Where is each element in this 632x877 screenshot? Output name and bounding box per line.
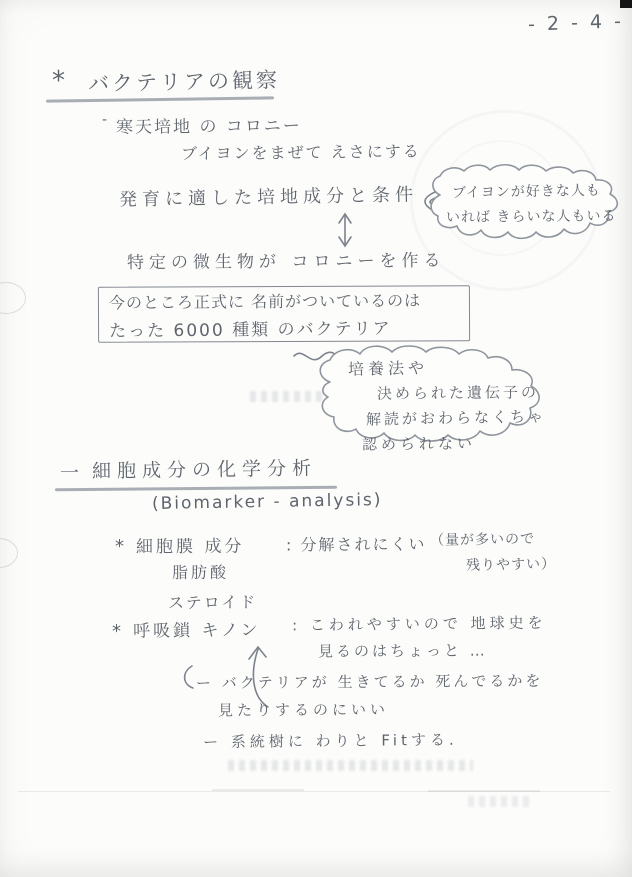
- membrane-label: 細胞膜 成分: [136, 532, 245, 558]
- section-underline: [55, 486, 337, 491]
- scanned-note-page: - 2 - 4 - * バクテリアの観察 - 寒天培地 の コロニー ブイヨンを…: [0, 0, 632, 877]
- quinone-use-line3: ー 系統樹に わりと Fitする.: [203, 729, 458, 753]
- cloud-taste-line1: ブイヨンが好きな人も: [452, 180, 601, 203]
- note-agar-colony: 寒天培地 の コロニー: [116, 111, 302, 138]
- cloud-culture-line3: 解読がおわらなくちゃ: [366, 405, 546, 429]
- membrane-note: : 分解されにくい: [286, 532, 427, 556]
- membrane-paren-line1: （量が多いので: [430, 528, 535, 550]
- cloud-culture-line4: 認められない: [362, 433, 476, 455]
- bleedthrough-rule: [212, 789, 304, 791]
- cloud-culture-line1: 培養法や: [348, 355, 428, 379]
- boxed-note-line2: たった 6000 種類 のバクテリア: [109, 313, 459, 341]
- quinone-note-line2: 見るのはちょっと …: [318, 640, 488, 662]
- boxed-note: 今のところ正式に 名前がついているのは たった 6000 種類 のバクテリア: [98, 285, 470, 343]
- quinone-use-line2: 見たりするのにいい: [218, 699, 389, 721]
- cloud-taste-line2: いれば きらいな人もいる: [446, 205, 617, 226]
- note-specific-microbe: 特定の微生物が コロニーを作る: [127, 246, 446, 273]
- note-growth-medium: 発育に適した培地成分と条件: [119, 180, 418, 211]
- quinone-label: 呼吸鎖 キノン: [133, 615, 261, 641]
- updown-arrow-icon: [334, 211, 356, 249]
- page-number: - 2 - 4 -: [528, 10, 625, 35]
- bleedthrough-text-smudge: [228, 760, 473, 771]
- page-title: バクテリアの観察: [88, 64, 281, 98]
- quinone-star-marker: *: [112, 621, 121, 642]
- section-dash-marker: 一: [60, 458, 79, 485]
- membrane-item-steroid: ステロイド: [168, 590, 257, 614]
- quinone-note-line1: : こわれやすいので 地球史を: [292, 612, 547, 636]
- dash-mark: -: [102, 112, 107, 128]
- cloud-culture-line2: 決められた遺伝子の: [377, 381, 539, 403]
- membrane-paren-line2: 残りやすい）: [466, 553, 556, 575]
- scan-corner-mark: [620, 0, 632, 8]
- punch-hole-shadow-bottom: [0, 538, 18, 568]
- boxed-note-line1: 今のところ正式に 名前がついているのは: [109, 288, 459, 314]
- title-underline: [46, 96, 274, 102]
- title-star-marker: *: [52, 66, 65, 96]
- membrane-star-marker: *: [115, 536, 124, 557]
- note-bouillon-feed: ブイヨンをまぜて えさにする: [181, 139, 421, 165]
- bleedthrough-text-smudge: [468, 796, 530, 807]
- bleedthrough-rule: [428, 790, 540, 792]
- quinone-use-line1: ー バクテリアが 生きてるか 死んでるかを: [196, 670, 543, 693]
- punch-hole-shadow-top: [0, 282, 26, 314]
- section-heading: 細胞成分の化学分析: [92, 453, 317, 483]
- section-subheading: (Biomarker - analysis): [152, 490, 383, 514]
- membrane-item-fatty-acid: 脂肪酸: [172, 560, 229, 583]
